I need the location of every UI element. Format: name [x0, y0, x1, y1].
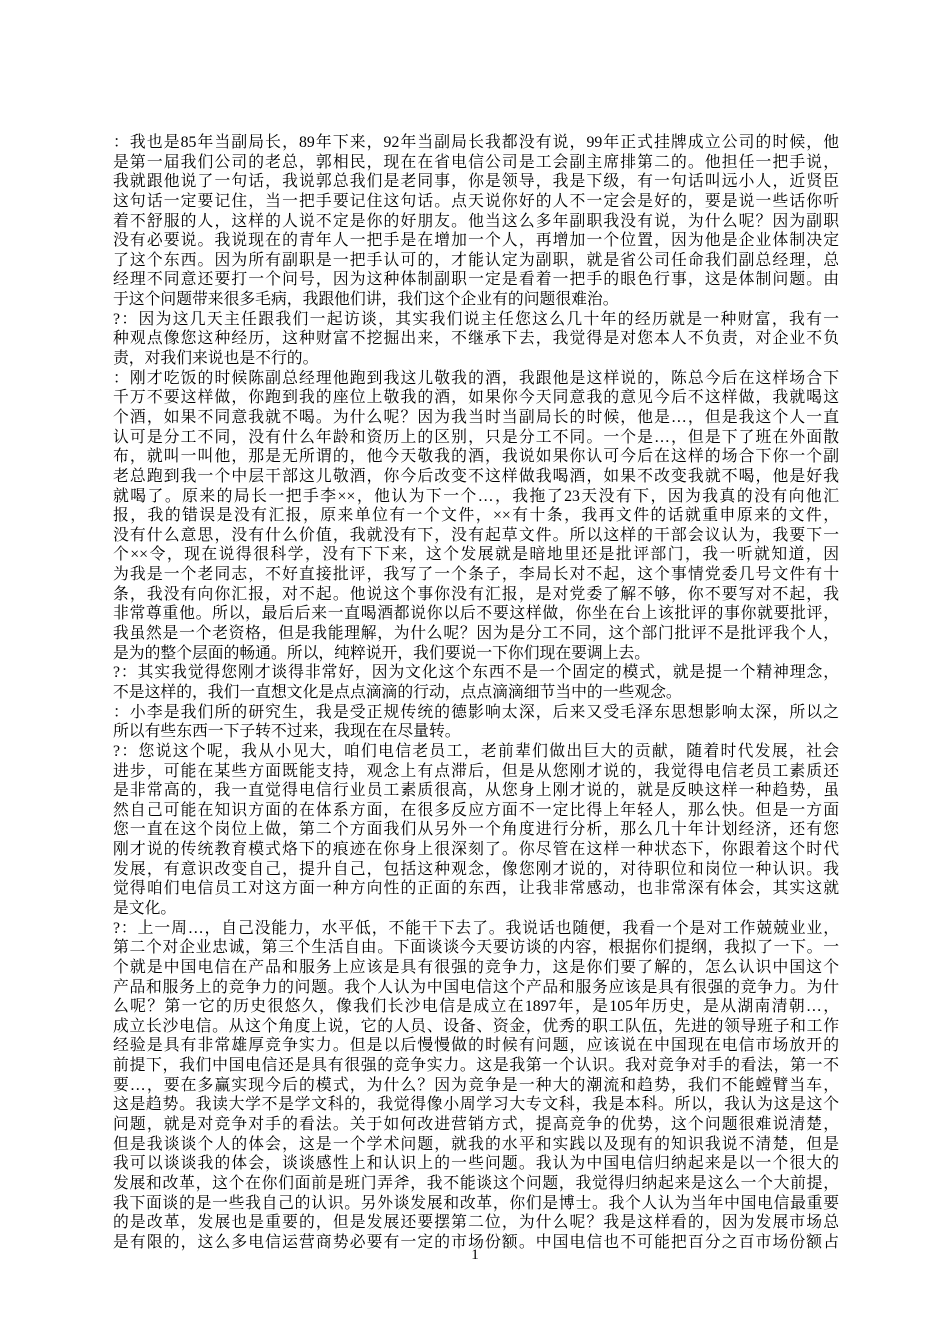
document-page: ：我也是85年当副局长，89年下来，92年当副局长我都没有说，99年正式挂牌成立…: [0, 0, 950, 1344]
document-line: 这是趋势。我读大学不是学文科的，我觉得像小周学习大专文科，我是本科。所以，我认为…: [113, 1095, 839, 1115]
document-line: 是非常高的，我一直觉得电信行业员工素质很高，从您身上刚才说的，就是反映这样一种趋…: [113, 781, 839, 801]
document-line: 布，就叫一叫他，那是无所谓的，他今天敬我的酒，我说如果你认可今后在这样的场合下你…: [113, 447, 839, 467]
document-line: 条，我没有向你汇报，对不起。他说这个事你没有汇报，是对党委了解不够，你不要写对不…: [113, 585, 839, 605]
document-line: 然自己可能在知识方面的在体系方面，在很多反应方面不一定比得上年轻人，那么快。但是…: [113, 801, 839, 821]
document-line: 发展和改革，这个在你们面前是班门弄斧，我不能谈这个问题，我觉得归纳起来是这么一个…: [113, 1174, 839, 1194]
page-number: 1: [0, 1245, 950, 1265]
document-line: 要…，要在多赢实现今后的模式，为什么？因为竞争是一种大的潮流和趋势，我们不能螳臂…: [113, 1076, 839, 1096]
document-line: ?：其实我觉得您刚才谈得非常好，因为文化这个东西不是一个固定的模式，就是提一个精…: [113, 663, 839, 683]
document-line: 我下面谈的是一些我自己的认识。另外谈发展和改革，你们是博士。我个人认为当年中国电…: [113, 1194, 839, 1214]
document-line: 第二个对企业忠诚，第三个生活自由。下面谈谈今天要访谈的内容，根据你们提纲，我拟了…: [113, 938, 839, 958]
document-line: 认可是分工不同，没有什么年龄和资历上的区别，只是分工不同。一个是…，但是下了班在…: [113, 428, 839, 448]
document-line: 是第一届我们公司的老总，郭相民，现在在省电信公司是工会副主席排第二的。他担任一把…: [113, 153, 839, 173]
document-line: 于这个问题带来很多毛病，我跟他们讲，我们这个企业有的问题很难治。: [113, 290, 839, 310]
document-line: 您一直在这个岗位上做，第二个方面我们从另外一个角度进行分析，那么几十年计划经济，…: [113, 820, 839, 840]
document-line: 问题，就是对竞争对手的看法。关于如何改进营销方式，提高竞争的优势，这个问题很难说…: [113, 1115, 839, 1135]
document-line: 我虽然是一个老资格，但是我能理解，为什么呢？因为是分工不同，这个部门批评不是批评…: [113, 624, 839, 644]
document-line: 着不舒服的人，这样的人说不定是你的好朋友。他当这么多年副职我没有说，为什么呢？因…: [113, 212, 839, 232]
document-line: 但是我谈谈个人的体会，这是一个学术问题，就我的水平和实践以及现有的知识我说不清楚…: [113, 1135, 839, 1155]
document-line: ?：上一周…，自己没能力，水平低，不能干下去了。我说话也随便，我看一个是对工作兢…: [113, 919, 839, 939]
document-line: 进步，可能在某些方面既能支持，观念上有点滞后，但是从您刚才说的，我觉得电信老员工…: [113, 762, 839, 782]
document-line: 经理不同意还要打一个问号，因为这种体制副职一定是看着一把手的眼色行事，这是体制问…: [113, 270, 839, 290]
document-line: 前提下，我们中国电信还是具有很强的竞争实力。这是我第一个认识。我对竞争对手的看法…: [113, 1056, 839, 1076]
document-line: 不是这样的，我们一直想文化是点点滴滴的行动，点点滴滴细节当中的一些观念。: [113, 683, 839, 703]
document-line: 我就跟他说了一句话，我说郭总我们是老同事，你是领导，我是下级，有一句话叫远小人，…: [113, 172, 839, 192]
document-line: 成立长沙电信。从这个角度上说，它的人员、设备、资金，优秀的职工队伍，先进的领导班…: [113, 1017, 839, 1037]
document-line: 没有必要说。我说现在的青年人一把手是在增加一个人，再增加一个位置，因为他是企业体…: [113, 231, 839, 251]
document-line: ?：您说这个呢，我从小见大，咱们电信老员工，老前辈们做出巨大的贡献，随着时代发展…: [113, 742, 839, 762]
document-line: 就喝了。原来的局长一把手李××，他认为下一个…，我拖了23天没有下，因为我真的没…: [113, 487, 839, 507]
document-line: 责，对我们来说也是不行的。: [113, 349, 839, 369]
document-line: 的是改革，发展也是重要的，但是发展还要摆第二位，为什么呢？我是这样看的，因为发展…: [113, 1213, 839, 1233]
document-line: 觉得咱们电信员工对这方面一种方向性的正面的东西，让我非常感动，也非常深有体会，其…: [113, 879, 839, 899]
document-line: 种观点像您这种经历，这种财富不挖掘出来，不继承下去，我觉得是对您本人不负责，对企…: [113, 329, 839, 349]
document-line: 报，我的错误是没有汇报，原来单位有一个文件，××有十条，我再文件的话就重申原来的…: [113, 506, 839, 526]
document-body: ：我也是85年当副局长，89年下来，92年当副局长我都没有说，99年正式挂牌成立…: [113, 133, 839, 1253]
document-line: 经验是具有非常雄厚竞争实力。但是以后慢慢做的时候有问题，应该说在中国现在电信市场…: [113, 1036, 839, 1056]
document-line: 个酒，如果不同意我就不喝。为什么呢？因为我当时当副局长的时候，他是…，但是我这个…: [113, 408, 839, 428]
document-line: 我可以谈谈我的体会，谈谈感性上和认识上的一些问题。我认为中国电信归纳起来是以一个…: [113, 1154, 839, 1174]
document-line: 没有什么意思，没有什么价值，我就没有下，没有起草文件。所以这样的干部会议认为，我…: [113, 526, 839, 546]
document-line: ?：因为这几天主任跟我们一起访谈，其实我们说主任您这么几十年的经历就是一种财富，…: [113, 310, 839, 330]
document-line: 发展，有意识改变自己，提升自己，包括这种观念，像您刚才说的，对待职位和岗位一种认…: [113, 860, 839, 880]
document-line: 老总跑到我一个中层干部这儿敬酒，你今后改变不这样做我喝酒，如果不改变我就不喝，他…: [113, 467, 839, 487]
document-line: ：小李是我们所的研究生，我是受正规传统的德影响太深，后来又受毛泽东思想影响太深，…: [113, 703, 839, 723]
document-line: 为我是一个老同志，不好直接批评，我写了一个条子，李局长对不起，这个事情党委几号文…: [113, 565, 839, 585]
document-line: 刚才说的传统教育模式烙下的痕迹在你身上很深刻了。你尽管在这样一种状态下，你跟着这…: [113, 840, 839, 860]
document-line: 所以有些东西一下子转不过来，我现在在尽量转。: [113, 722, 839, 742]
document-line: ：我也是85年当副局长，89年下来，92年当副局长我都没有说，99年正式挂牌成立…: [113, 133, 839, 153]
document-line: 了这个东西。因为所有副职是一把手认可的，才能认定为副职，就是省公司任命我们副总经…: [113, 251, 839, 271]
document-line: 是为的整个层面的畅通。所以，纯粹说开，我们要说一下你们现在要调上去。: [113, 644, 839, 664]
document-line: 非常尊重他。所以，最后后来一直喝酒都说你以后不要这样做，你坐在台上该批评的事你就…: [113, 604, 839, 624]
document-line: 这句话一定要记住，当一把手要记住这句话。点天说你好的人不一定会是好的，要是说一些…: [113, 192, 839, 212]
document-line: 产品和服务上的竞争力的问题。我个人认为中国电信这个产品和服务应该是具有很强的竞争…: [113, 978, 839, 998]
document-line: 个就是中国电信在产品和服务上应该是具有很强的竞争力，这是你们要了解的，怎么认识中…: [113, 958, 839, 978]
document-line: 是文化。: [113, 899, 839, 919]
document-line: ：刚才吃饭的时候陈副总经理他跑到我这儿敬我的酒，我跟他是这样说的，陈总今后在这样…: [113, 369, 839, 389]
document-line: 么呢？第一它的历史很悠久，像我们长沙电信是成立在1897年，是105年历史，是从…: [113, 997, 839, 1017]
document-line: 千万不要这样做，你跑到我的座位上敬我的酒，如果你今天同意我的意见今后不这样做，我…: [113, 388, 839, 408]
document-line: 个××令，现在说得很科学，没有下下来，这个发展就是暗地里还是批评部门，我一听就知…: [113, 545, 839, 565]
